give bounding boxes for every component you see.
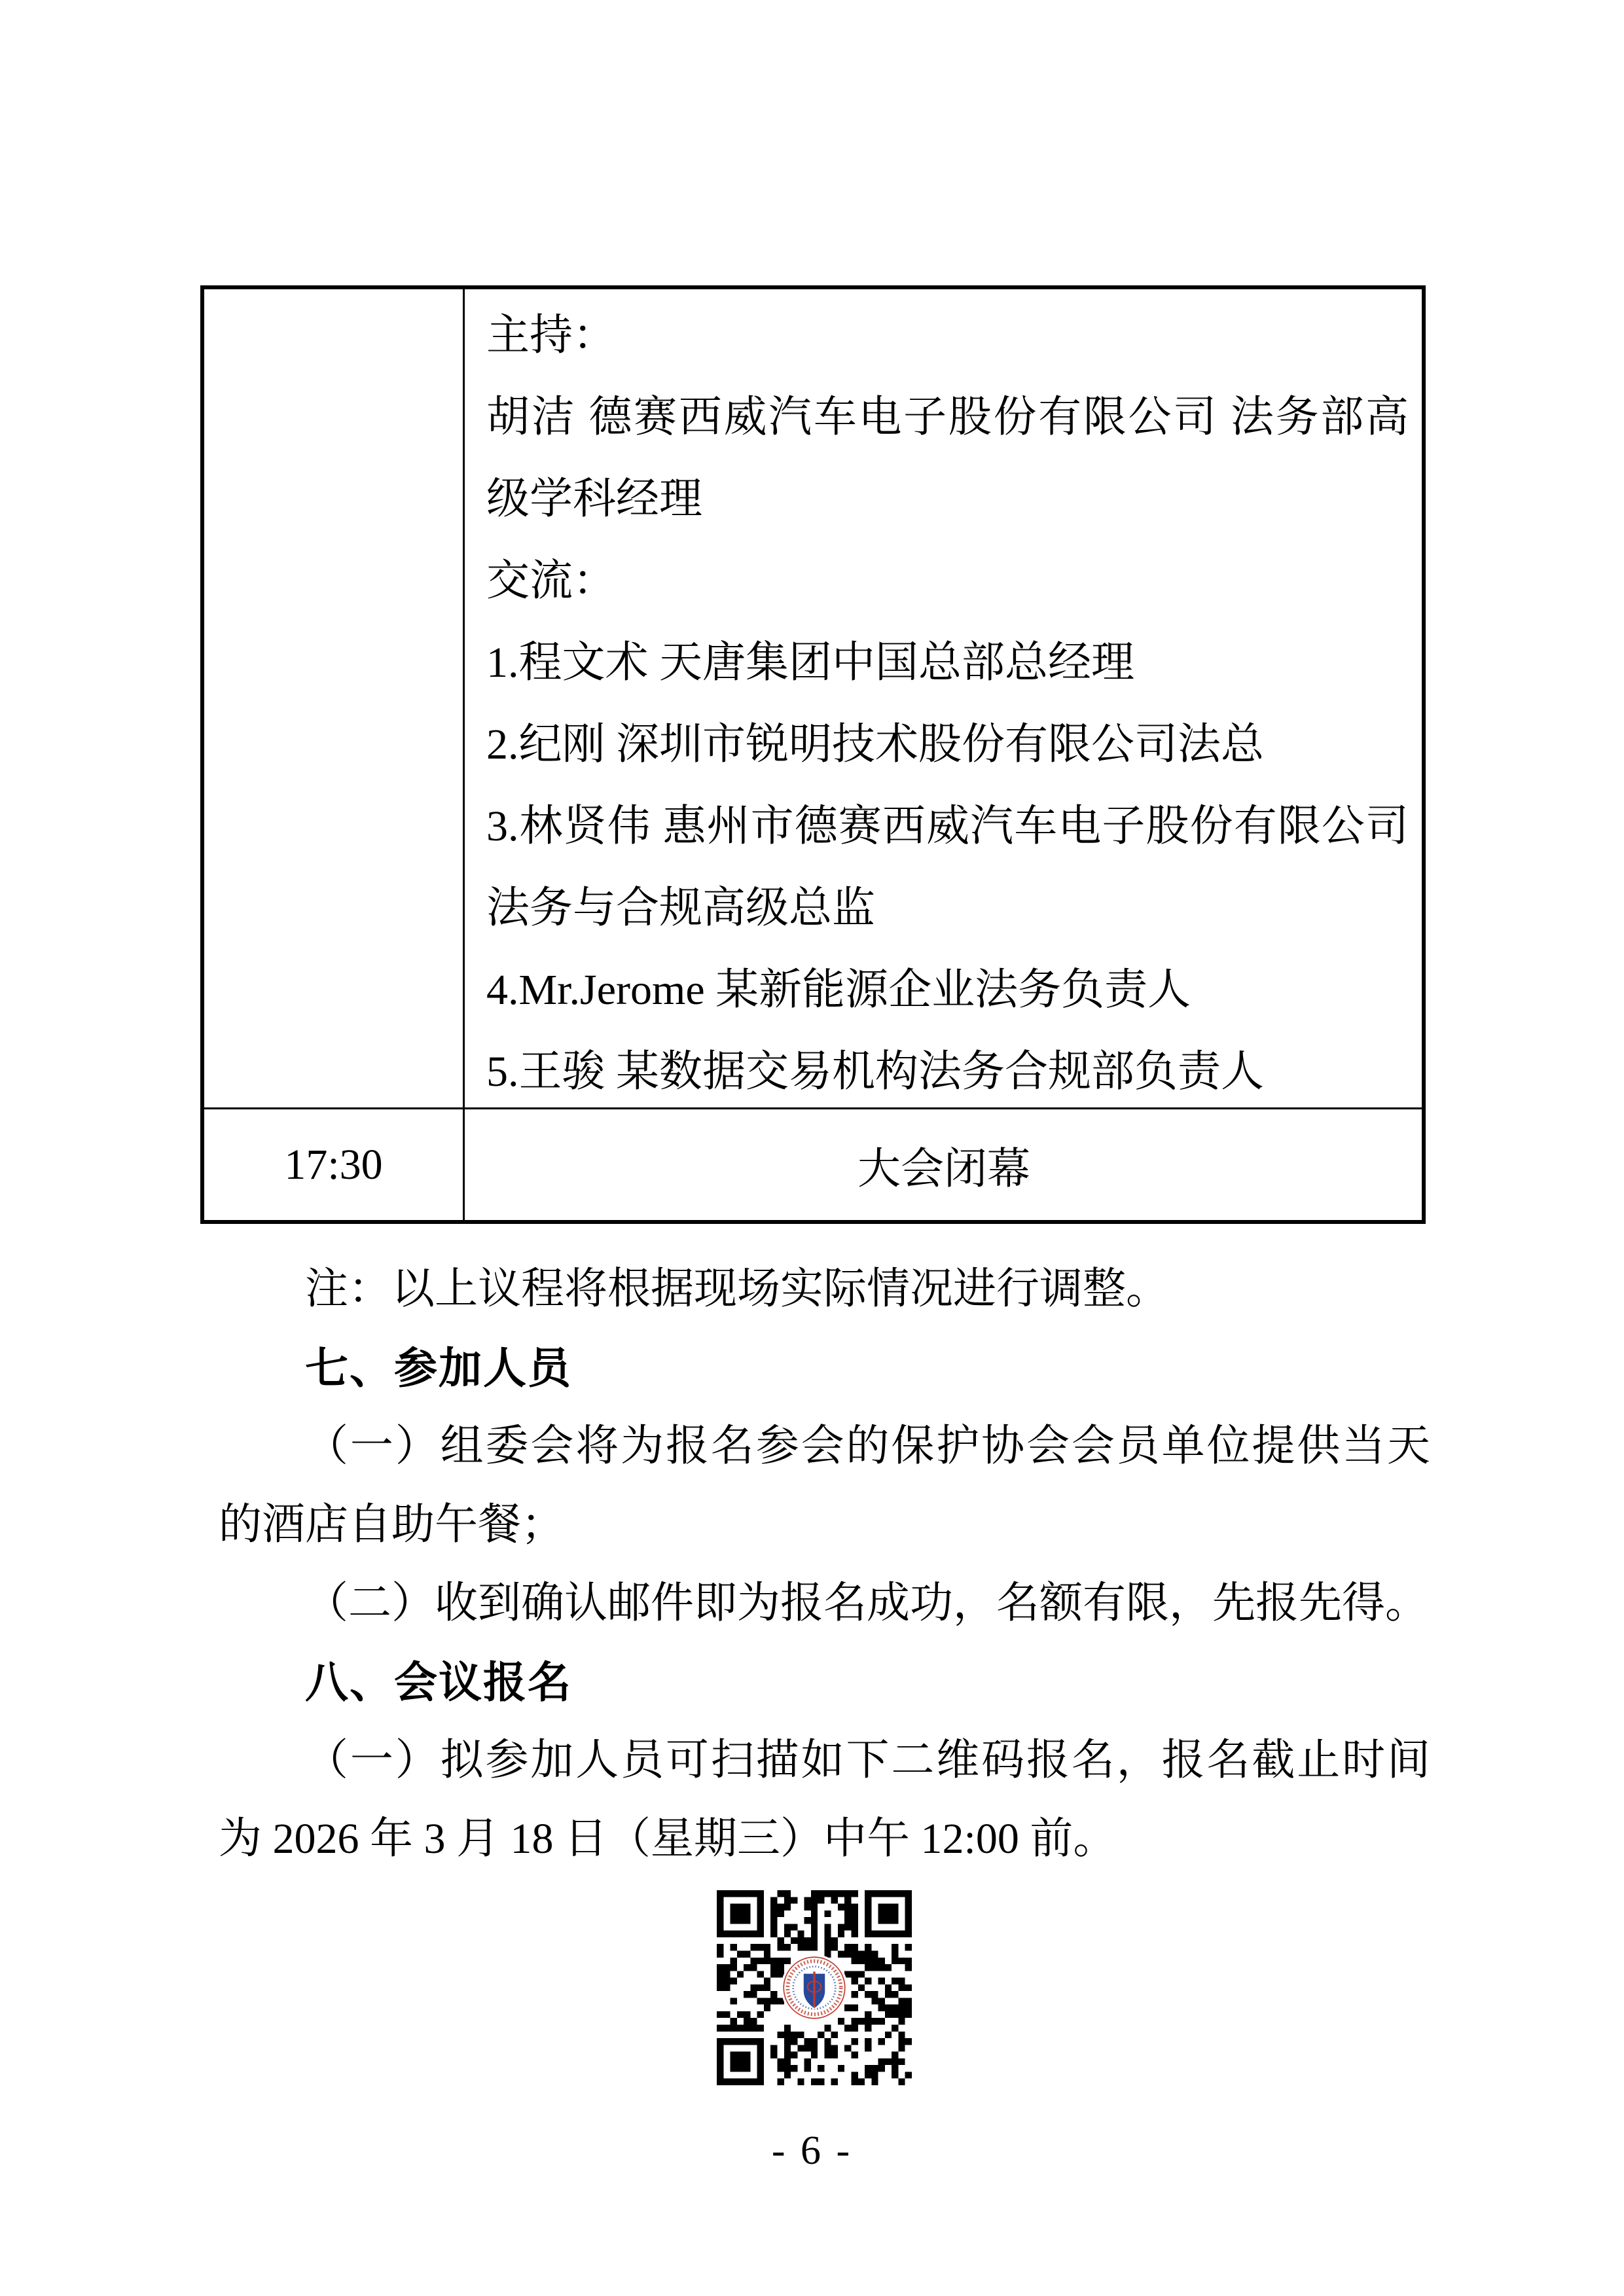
agenda-line-host-name: 胡洁 德赛西威汽车电子股份有限公司 法务部高: [486, 376, 1409, 458]
participants-item2: （二）收到确认邮件即为报名成功，名额有限，先报先得。: [219, 1564, 1430, 1643]
agenda-line-panel-label: 交流：: [486, 540, 1409, 622]
registration-item1-line2: 为 2026 年 3 月 18 日（星期三）中午 12:00 前。: [219, 1800, 1430, 1878]
document-page: 主持： 胡洁 德赛西威汽车电子股份有限公司 法务部高 级学科经理 交流： 1.程…: [0, 0, 1624, 2296]
agenda-line-host-label: 主持：: [486, 295, 1409, 376]
agenda-line-speaker-3: 3.林贤伟 惠州市德赛西威汽车电子股份有限公司: [486, 785, 1409, 867]
agenda-line-speaker-4: 4.Mr.Jerome 某新能源企业法务负责人: [486, 949, 1409, 1031]
body-text: 注：以上议程将根据现场实际情况进行调整。 七、参加人员 （一）组委会将为报名参会…: [219, 1250, 1430, 1878]
agenda-line-speaker-3b: 法务与合规高级总监: [486, 867, 1409, 949]
agenda-line-speaker-1: 1.程文术 天唐集团中国总部总经理: [486, 622, 1409, 704]
closing-title-cell: 大会闭幕: [465, 1109, 1423, 1220]
session-content-cell: 主持： 胡洁 德赛西威汽车电子股份有限公司 法务部高 级学科经理 交流： 1.程…: [465, 289, 1423, 1107]
section-8-heading: 八、会议报名: [219, 1643, 1430, 1721]
qr-code: [717, 1890, 912, 2085]
session-time-cell: [204, 289, 463, 1107]
participants-item1-line1: （一）组委会将为报名参会的保护协会会员单位提供当天: [219, 1407, 1430, 1486]
agenda-table: 主持： 胡洁 德赛西威汽车电子股份有限公司 法务部高 级学科经理 交流： 1.程…: [200, 285, 1426, 1224]
agenda-note: 注：以上议程将根据现场实际情况进行调整。: [219, 1250, 1430, 1329]
registration-item1-line1: （一）拟参加人员可扫描如下二维码报名，报名截止时间: [219, 1721, 1430, 1800]
closing-time-cell: 17:30: [204, 1109, 463, 1220]
participants-item1-line2: 的酒店自助午餐；: [219, 1486, 1430, 1564]
association-emblem-logo: [781, 1954, 848, 2021]
section-7-heading: 七、参加人员: [219, 1329, 1430, 1407]
agenda-line-speaker-2: 2.纪刚 深圳市锐明技术股份有限公司法总: [486, 704, 1409, 785]
agenda-line-speaker-5: 5.王骏 某数据交易机构法务合规部负责人: [486, 1031, 1409, 1113]
page-number: - 6 -: [0, 2125, 1624, 2177]
agenda-line-host-title: 级学科经理: [486, 458, 1409, 540]
